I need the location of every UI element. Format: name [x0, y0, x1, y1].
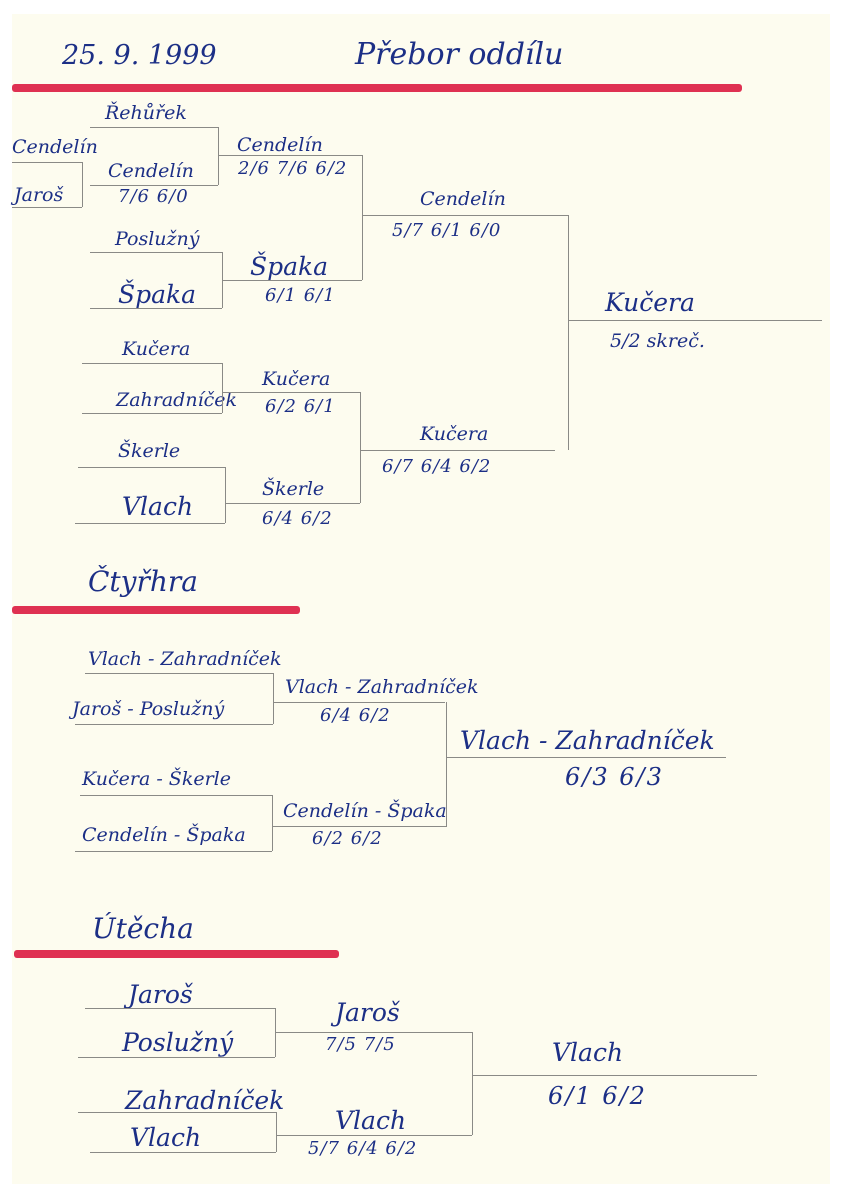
singles-final-score: 5/2 skreč. [610, 332, 705, 351]
bracket-line [218, 155, 362, 156]
singles-sf-score: 5/7 6/1 6/0 [392, 222, 501, 240]
bracket-line [218, 127, 219, 185]
bracket-line [276, 1112, 277, 1152]
bracket-line [90, 252, 222, 253]
bracket-line [225, 467, 226, 523]
singles-sf-winner: Cendelín [420, 190, 506, 209]
singles-r2-winner: Špaka [250, 254, 328, 279]
bracket-line [82, 363, 222, 364]
bracket-line [272, 795, 273, 851]
bracket-line [275, 1032, 472, 1033]
singles-r1-player: Špaka [118, 282, 196, 307]
doubles-sf-winner: Cendelín - Špaka [283, 802, 447, 821]
bracket-line [85, 1008, 275, 1009]
singles-r1-player: Cendelín [108, 162, 194, 181]
consolation-r1-player: Poslužný [122, 1030, 233, 1055]
consolation-heading: Útěcha [92, 915, 194, 943]
page-title: Přebor oddílu [355, 40, 563, 70]
consolation-underline [14, 950, 339, 958]
singles-r2-winner: Škerle [262, 480, 324, 499]
bracket-line [446, 702, 447, 826]
bracket-line [360, 392, 361, 503]
singles-r1-player: Škerle [118, 442, 180, 461]
consolation-champion: Vlach [552, 1040, 623, 1065]
doubles-heading: Čtyřhra [88, 568, 198, 596]
singles-sf-winner: Kučera [420, 425, 488, 444]
doubles-sf-winner: Vlach - Zahradníček [285, 678, 479, 697]
bracket-line [90, 1152, 276, 1153]
singles-r1-player: Kučera [122, 340, 190, 359]
singles-r2-score: 6/1 6/1 [265, 287, 336, 305]
consolation-r1-player: Vlach [130, 1125, 201, 1150]
consolation-final-score: 6/1 6/2 [548, 1084, 647, 1108]
bracket-line [360, 450, 555, 451]
bracket-line [568, 320, 822, 321]
bracket-line [90, 308, 222, 309]
doubles-r1-team: Cendelín - Špaka [82, 826, 246, 845]
bracket-line [225, 503, 360, 504]
bracket-line [82, 162, 83, 207]
bracket-line [222, 363, 223, 413]
bracket-line [78, 1112, 276, 1113]
bracket-line [222, 280, 362, 281]
singles-r2-score: 6/4 6/2 [262, 510, 333, 528]
bracket-line [12, 207, 82, 208]
doubles-r1-team: Vlach - Zahradníček [88, 650, 282, 669]
singles-r2-winner: Kučera [262, 370, 330, 389]
bracket-line [446, 757, 726, 758]
title-underline [12, 84, 742, 92]
doubles-sf-score: 6/4 6/2 [320, 707, 391, 725]
bracket-line [85, 673, 273, 674]
consolation-r1-player: Zahradníček [125, 1088, 284, 1113]
bracket-line [272, 826, 447, 827]
bracket-line [90, 127, 218, 128]
singles-r1-player: Vlach [122, 494, 193, 519]
bracket-line [75, 851, 272, 852]
consolation-r1-player: Jaroš [128, 982, 193, 1007]
singles-r2-score: 2/6 7/6 6/2 [238, 160, 347, 178]
bracket-line [75, 724, 273, 725]
singles-qualifier-player-1: Cendelín [12, 138, 98, 157]
consolation-sf-winner: Vlach [335, 1108, 406, 1133]
bracket-line [80, 795, 272, 796]
doubles-champion: Vlach - Zahradníček [460, 728, 715, 753]
consolation-sf-score: 5/7 6/4 6/2 [308, 1140, 417, 1158]
singles-r1-score: 7/6 6/0 [118, 188, 189, 206]
bracket-line [273, 702, 445, 703]
bracket-line [273, 673, 274, 724]
bracket-line [472, 1075, 757, 1076]
bracket-line [362, 155, 363, 280]
doubles-r1-team: Kučera - Škerle [82, 770, 231, 789]
bracket-line [78, 467, 225, 468]
singles-r1-player: Poslužný [115, 230, 200, 249]
singles-r2-score: 6/2 6/1 [265, 398, 336, 416]
date: 25. 9. 1999 [62, 42, 217, 69]
singles-champion: Kučera [605, 290, 695, 315]
doubles-final-score: 6/3 6/3 [565, 765, 664, 789]
singles-r1-player: Řehůřek [105, 104, 187, 123]
singles-r2-winner: Cendelín [237, 136, 323, 155]
doubles-sf-score: 6/2 6/2 [312, 830, 383, 848]
doubles-r1-team: Jaroš - Poslužný [72, 700, 224, 719]
doubles-underline [12, 606, 300, 614]
bracket-line [362, 215, 568, 216]
bracket-line [472, 1032, 473, 1135]
singles-r1-player: Zahradníček [116, 391, 237, 410]
consolation-sf-score: 7/5 7/5 [325, 1036, 396, 1054]
bracket-line [568, 215, 569, 450]
bracket-line [82, 413, 222, 414]
consolation-sf-winner: Jaroš [335, 1000, 400, 1025]
bracket-line [12, 162, 82, 163]
singles-sf-score: 6/7 6/4 6/2 [382, 458, 491, 476]
bracket-line [75, 523, 225, 524]
bracket-line [222, 392, 360, 393]
singles-qualifier-player-2: Jaroš [14, 186, 63, 205]
bracket-line [78, 1057, 275, 1058]
bracket-line [276, 1135, 472, 1136]
